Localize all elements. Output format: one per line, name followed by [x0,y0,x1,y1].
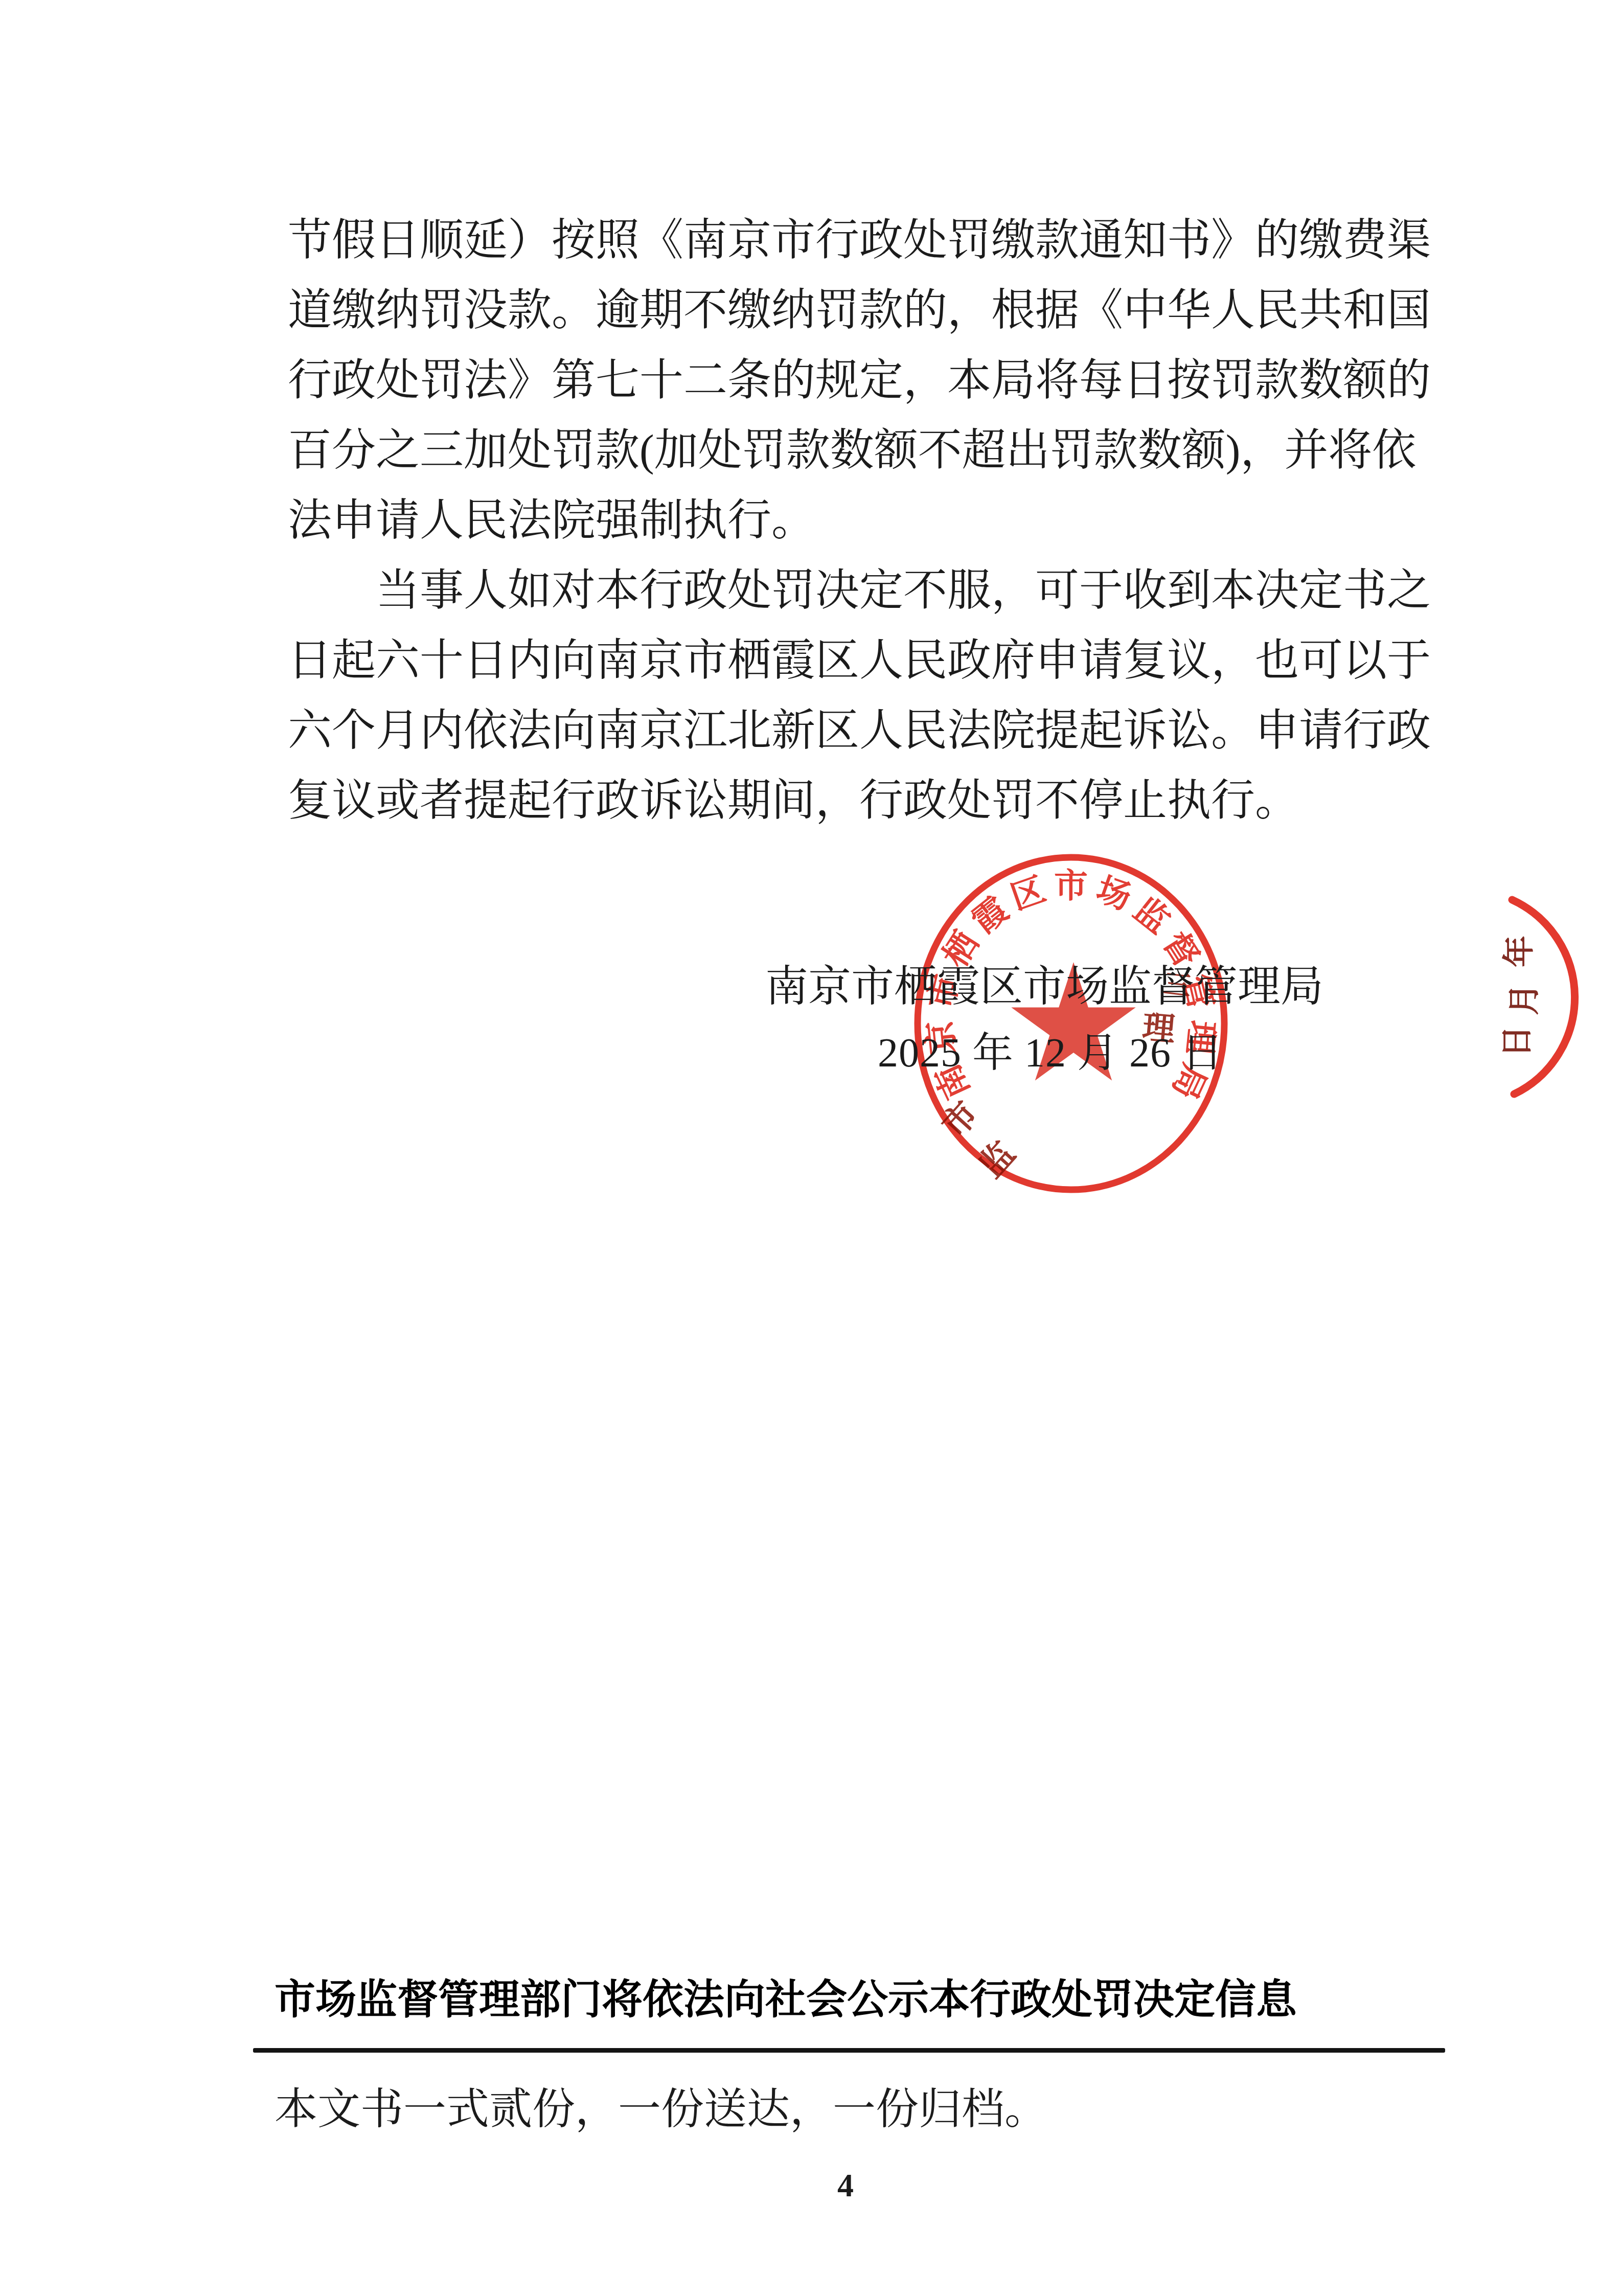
seal-ring-char: 区 [1006,871,1050,917]
edge-partial-seal: 年 月 日 [1380,864,1622,1130]
signature-agency: 南京市栖霞区市场监督管理局 [765,952,1323,1014]
body-text-line: 行政处罚法》第七十二条的规定，本局将每日按罚款数额的 [288,346,1474,416]
edge-seal-glyph: 日 [1500,1026,1535,1057]
footer-divider [253,2048,1445,2053]
seal-ring-char: 场 [1091,871,1135,917]
seal-ring-char: 市 [1054,868,1088,905]
publicity-statement: 市场监督管理部门将依法向社会公示本行政处罚决定信息 [275,1966,1297,2025]
body-text-line: 百分之三加处罚款(加处罚款数额不超出罚款数额)，并将依 [288,416,1474,486]
body-text-line: 复议或者提起行政诉讼期间，行政处罚不停止执行。 [288,766,1474,836]
signature-date: 2025 年 12 月 26 日 [878,1019,1223,1078]
copies-note: 本文书一式贰份，一份送达，一份归档。 [275,2075,1047,2136]
body-text-line: 六个月内依法向南京江北新区人民法院提起诉讼。申请行政 [288,696,1474,766]
document-page: 节假日顺延）按照《南京市行政处罚缴款通知书》的缴费渠 道缴纳罚没款。逾期不缴纳罚… [0,0,1622,2296]
edge-seal-glyph: 年 [1501,936,1537,967]
body-text-line: 法申请人民法院强制执行。 [288,486,1474,556]
edge-seal-glyph: 月 [1507,984,1542,1015]
page-number: 4 [820,2167,871,2204]
body-text-line: 当事人如对本行政处罚决定不服，可于收到本决定书之 [288,556,1474,626]
body-text-line: 日起六十日内向南京市栖霞区人民政府申请复议，也可以于 [288,626,1474,696]
body-text-line: 节假日顺延）按照《南京市行政处罚缴款通知书》的缴费渠 [288,206,1474,276]
body-text-line: 道缴纳罚没款。逾期不缴纳罚款的，根据《中华人民共和国 [288,276,1474,346]
body-text-block: 节假日顺延）按照《南京市行政处罚缴款通知书》的缴费渠 道缴纳罚没款。逾期不缴纳罚… [288,206,1474,836]
